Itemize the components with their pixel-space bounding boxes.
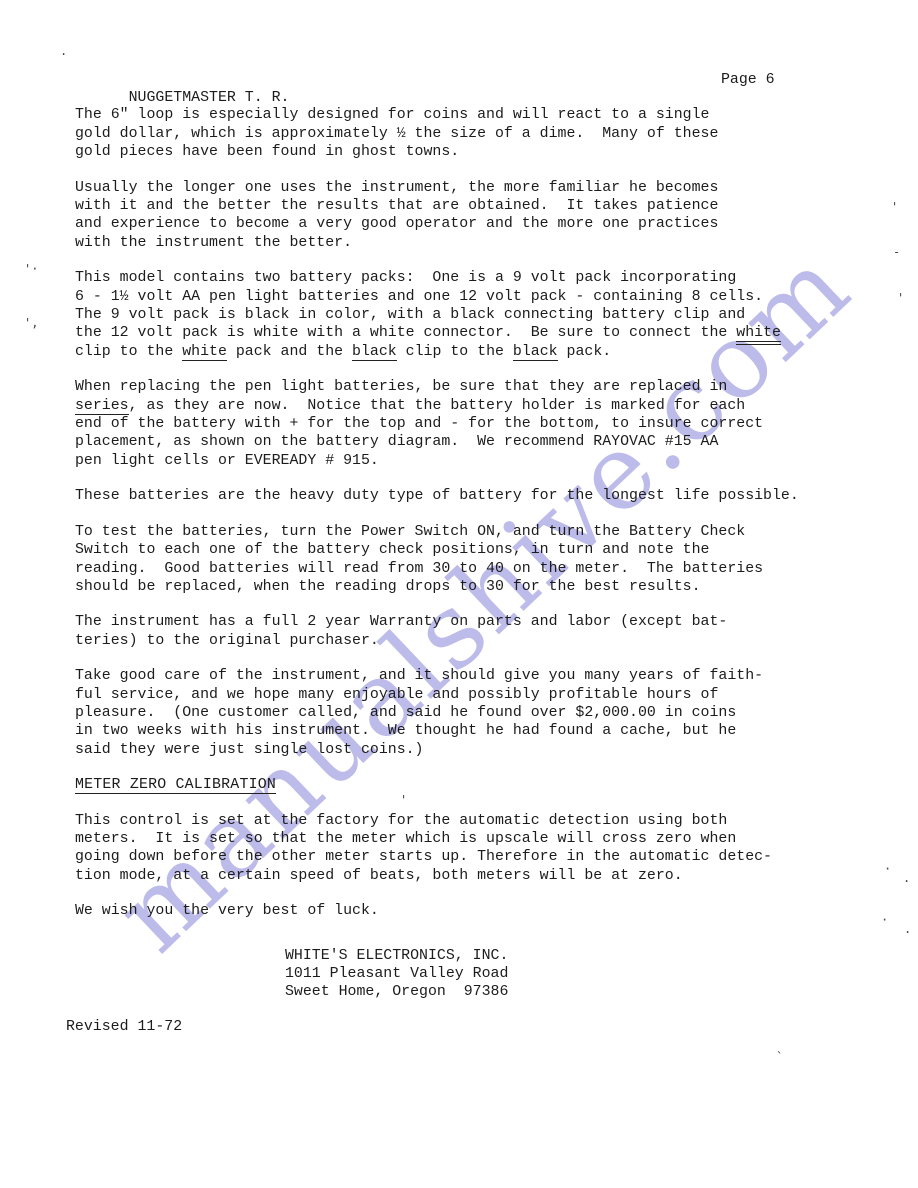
scan-artifact-mark: . <box>60 42 67 60</box>
underlined-word: white <box>736 325 781 345</box>
paragraph: The instrument has a full 2 year Warrant… <box>75 613 848 650</box>
text-line: gold dollar, which is approximately ½ th… <box>75 125 848 143</box>
text-line: These batteries are the heavy duty type … <box>75 487 848 505</box>
text-line: should be replaced, when the reading dro… <box>75 578 848 596</box>
text-line: The 6" loop is especially designed for c… <box>75 106 848 124</box>
scan-artifact-mark: · <box>884 860 891 878</box>
underlined-word: METER ZERO CALIBRATION <box>75 777 276 794</box>
scanned-manual-page: manualshive.com NUGGETMASTER T. R. Page … <box>0 0 918 1188</box>
underlined-word: black <box>352 344 397 361</box>
text-line: with the instrument the better. <box>75 234 848 252</box>
document-title: NUGGETMASTER T. R. <box>129 90 290 106</box>
text-line: This control is set at the factory for t… <box>75 812 848 830</box>
scan-artifact-mark: ' <box>897 289 904 307</box>
page-number: Page 6 <box>721 71 775 89</box>
text-line: going down before the other meter starts… <box>75 848 848 866</box>
paragraph: To test the batteries, turn the Power Sw… <box>75 523 848 597</box>
scan-artifact-mark: . <box>903 869 910 887</box>
scan-artifact-mark: · <box>881 911 888 929</box>
text-line: We wish you the very best of luck. <box>75 902 848 920</box>
section-heading: METER ZERO CALIBRATION <box>75 776 848 794</box>
text-line: ful service, and we hope many enjoyable … <box>75 686 848 704</box>
text-line: and experience to become a very good ope… <box>75 215 848 233</box>
scan-artifact-mark: ', <box>24 314 38 332</box>
document-body: The 6" loop is especially designed for c… <box>75 106 848 1001</box>
scan-artifact-mark: ` <box>776 1048 783 1066</box>
paragraph: We wish you the very best of luck. <box>75 902 848 920</box>
text-line: said they were just single lost coins.) <box>75 741 848 759</box>
text-line: pleasure. (One customer called, and said… <box>75 704 848 722</box>
text-line: meters. It is set so that the meter whic… <box>75 830 848 848</box>
text-line: When replacing the pen light batteries, … <box>75 378 848 396</box>
text-line: 1011 Pleasant Valley Road <box>285 965 848 983</box>
paragraph: This model contains two battery packs: O… <box>75 269 848 361</box>
underlined-word: series <box>75 398 129 415</box>
scan-artifact-mark: ' <box>400 791 407 809</box>
paragraph: Usually the longer one uses the instrume… <box>75 179 848 253</box>
text-line: Take good care of the instrument, and it… <box>75 667 848 685</box>
text-line: Usually the longer one uses the instrume… <box>75 179 848 197</box>
text-line: pen light cells or EVEREADY # 915. <box>75 452 848 470</box>
paragraph: The 6" loop is especially designed for c… <box>75 106 848 161</box>
scan-artifact-mark: . <box>904 920 911 938</box>
text-line: series, as they are now. Notice that the… <box>75 397 848 415</box>
page-header: NUGGETMASTER T. R. Page 6 <box>75 71 848 89</box>
document-content: NUGGETMASTER T. R. Page 6 The 6" loop is… <box>0 0 918 1188</box>
text-line: in two weeks with his instrument. We tho… <box>75 722 848 740</box>
text-line: with it and the better the results that … <box>75 197 848 215</box>
text-line: METER ZERO CALIBRATION <box>75 776 848 794</box>
text-line: This model contains two battery packs: O… <box>75 269 848 287</box>
text-line: the 12 volt pack is white with a white c… <box>75 324 848 342</box>
text-line: 6 - 1½ volt AA pen light batteries and o… <box>75 288 848 306</box>
text-line: The 9 volt pack is black in color, with … <box>75 306 848 324</box>
text-line: The instrument has a full 2 year Warrant… <box>75 613 848 631</box>
text-line: tion mode, at a certain speed of beats, … <box>75 867 848 885</box>
scan-artifact-mark: '· <box>24 260 38 278</box>
paragraph: This control is set at the factory for t… <box>75 812 848 886</box>
text-line: placement, as shown on the battery diagr… <box>75 433 848 451</box>
scan-artifact-mark: ' <box>891 198 898 216</box>
text-line: Switch to each one of the battery check … <box>75 541 848 559</box>
scan-artifact-mark: - <box>893 243 900 261</box>
paragraph: When replacing the pen light batteries, … <box>75 378 848 470</box>
underlined-word: black <box>513 344 558 361</box>
text-line: To test the batteries, turn the Power Sw… <box>75 523 848 541</box>
text-line: end of the battery with + for the top an… <box>75 415 848 433</box>
text-line: clip to the white pack and the black cli… <box>75 343 848 361</box>
paragraph: These batteries are the heavy duty type … <box>75 487 848 505</box>
paragraph: Take good care of the instrument, and it… <box>75 667 848 759</box>
text-line: reading. Good batteries will read from 3… <box>75 560 848 578</box>
underlined-word: white <box>182 344 227 361</box>
address-block: WHITE'S ELECTRONICS, INC.1011 Pleasant V… <box>285 947 848 1002</box>
text-line: gold pieces have been found in ghost tow… <box>75 143 848 161</box>
revision-note: Revised 11-72 <box>66 1018 848 1036</box>
text-line: WHITE'S ELECTRONICS, INC. <box>285 947 848 965</box>
text-line: Sweet Home, Oregon 97386 <box>285 983 848 1001</box>
text-line: teries) to the original purchaser. <box>75 632 848 650</box>
